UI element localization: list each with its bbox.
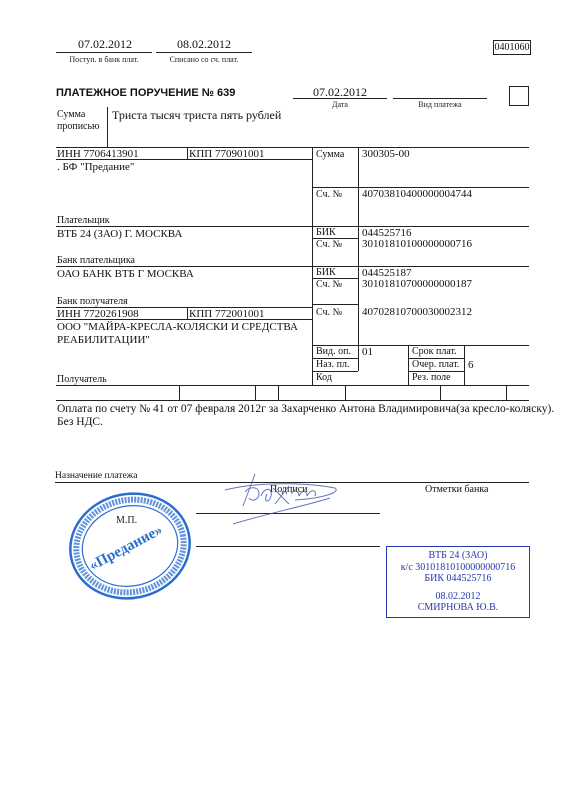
document-date-label: Дата	[293, 100, 387, 109]
payer-name: . БФ "Предание"	[57, 161, 134, 174]
amount-words-label-1: Сумма	[57, 109, 85, 121]
grid-line	[506, 385, 507, 400]
debited-date: 08.02.2012	[156, 38, 252, 51]
naz-pl-label: Наз. пл.	[316, 359, 349, 371]
received-date-line	[56, 52, 152, 53]
grid-line	[187, 147, 188, 159]
payer-bank-account-label: Сч. №	[316, 239, 342, 251]
payment-type-label: Вид платежа	[393, 100, 487, 109]
form-code: 0401060	[493, 40, 531, 55]
grid-line	[255, 385, 256, 400]
rez-label: Рез. поле	[412, 372, 451, 384]
grid-line	[358, 147, 359, 371]
amount-words-divider	[107, 107, 108, 147]
payee-bank-account-label: Сч. №	[316, 279, 342, 291]
sum-label: Сумма	[316, 149, 344, 161]
grid-line	[312, 304, 358, 305]
grid-line	[56, 385, 529, 386]
purpose-line2: Без НДС.	[57, 416, 103, 429]
payer-kpp: КПП 770901001	[189, 148, 264, 161]
payer-bank-account-value: 30101810100000000716	[362, 238, 472, 251]
bank-stamp-line5: СМИРНОВА Ю.В.	[387, 602, 529, 614]
payee-bank-label: Банк получателя	[57, 296, 128, 308]
vid-op-label: Вид. оп.	[316, 346, 351, 358]
signature-scribble-icon	[215, 470, 345, 530]
payee-name-line1: ООО "МАЙРА-КРЕСЛА-КОЛЯСКИ И СРЕДСТВА	[57, 321, 298, 334]
purpose-label: Назначение платежа	[55, 470, 137, 482]
payee-name-line2: РЕАБИЛИТАЦИИ"	[57, 334, 150, 347]
ocher-label: Очер. плат.	[412, 359, 459, 371]
vid-op-value: 01	[362, 346, 373, 359]
payer-inn: ИНН 7706413901	[57, 148, 139, 161]
purpose-line1: Оплата по счету № 41 от 07 февраля 2012г…	[57, 403, 554, 416]
kod-label: Код	[316, 372, 332, 384]
grid-line	[179, 385, 180, 400]
document-date-line	[293, 98, 387, 99]
bank-stamp: ВТБ 24 (ЗАО) к/с 30101810100000000716 БИ…	[386, 546, 530, 618]
payee-account-value: 40702810700030002312	[362, 306, 472, 319]
payee-account-label: Сч. №	[316, 307, 342, 319]
payer-bank-label: Банк плательщика	[57, 255, 135, 267]
payer-bank-bik-label: БИК	[316, 227, 336, 239]
payee-inn: ИНН 7720261908	[57, 308, 139, 321]
payer-label: Плательщик	[57, 215, 110, 227]
srok-label: Срок плат.	[412, 346, 457, 358]
payment-type-line	[393, 98, 487, 99]
grid-line	[56, 400, 529, 401]
payee-label: Получатель	[57, 374, 107, 386]
signature-line-2	[196, 546, 380, 547]
grid-line	[278, 385, 279, 400]
payer-bank-name: ВТБ 24 (ЗАО) Г. МОСКВА	[57, 228, 182, 241]
payment-type-checkbox[interactable]	[509, 86, 529, 106]
bank-stamp-line4: 08.02.2012	[387, 591, 529, 603]
amount-words-label-2: прописью	[57, 121, 100, 133]
grid-line	[464, 345, 465, 385]
page-title: ПЛАТЕЖНОЕ ПОРУЧЕНИЕ № 639	[56, 87, 235, 99]
payer-account-value: 40703810400000004744	[362, 188, 472, 201]
ocher-value: 6	[468, 359, 474, 372]
seal-label: М.П.	[116, 515, 137, 526]
debited-date-line	[156, 52, 252, 53]
grid-line	[56, 226, 529, 227]
payee-bank-name: ОАО БАНК ВТБ Г МОСКВА	[57, 268, 194, 281]
grid-line	[440, 385, 441, 400]
bank-marks-label: Отметки банка	[425, 484, 488, 496]
bank-stamp-line1: ВТБ 24 (ЗАО)	[387, 550, 529, 562]
grid-line	[187, 307, 188, 319]
sum-value: 300305-00	[362, 148, 410, 161]
payer-account-label: Сч. №	[316, 189, 342, 201]
received-date-label: Поступ. в банк плат.	[56, 55, 152, 64]
payee-kpp: КПП 772001001	[189, 308, 264, 321]
payee-bank-account-value: 30101810700000000187	[362, 278, 472, 291]
grid-line	[345, 385, 346, 400]
bank-stamp-line2: к/с 30101810100000000716	[387, 562, 529, 574]
amount-words-value: Триста тысяч триста пять рублей	[112, 109, 281, 122]
bank-stamp-line3: БИК 044525716	[387, 573, 529, 585]
received-date: 07.02.2012	[58, 38, 152, 51]
debited-date-label: Списано со сч. плат.	[156, 55, 252, 64]
payee-bank-bik-label: БИК	[316, 267, 336, 279]
grid-line	[408, 345, 409, 385]
